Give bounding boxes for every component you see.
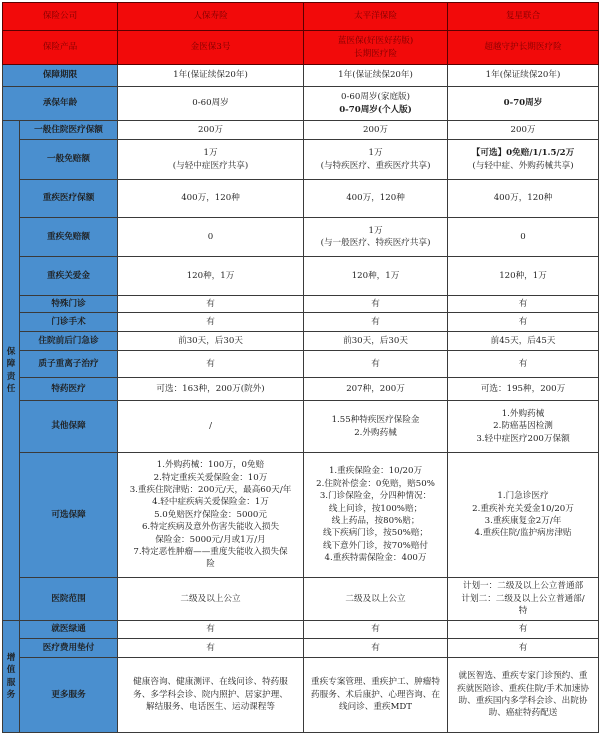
row-label: 门诊手术 — [20, 313, 118, 332]
cell: 有 — [448, 351, 599, 378]
cell: 1.重疾保险金：10/20万 2.住院补偿金：0免赔，赔50% 3.门诊保险金，… — [304, 453, 448, 578]
cell: 前30天，后30天 — [118, 332, 304, 351]
company-row: 保险公司 人保寿险 太平洋保险 复星联合 — [3, 3, 599, 31]
table-row: 重疾关爱金 120种，1万 120种，1万 120种，1万 — [3, 257, 599, 296]
table-row: 特药医疗 可选：163种，200万(院外) 207种，200万 可选：195种，… — [3, 378, 599, 401]
cell: 有 — [118, 639, 304, 658]
row-label: 一般免赔额 — [20, 140, 118, 180]
cell: 200万 — [118, 121, 304, 140]
company-name: 太平洋保险 — [304, 3, 448, 31]
cell: 有 — [304, 296, 448, 313]
cell: 有 — [448, 313, 599, 332]
cell: 0 — [448, 218, 599, 257]
cell: 200万 — [448, 121, 599, 140]
row-label: 就医绿通 — [20, 621, 118, 639]
cell: 可选：163种，200万(院外) — [118, 378, 304, 401]
product-name: 金医保3号 — [118, 31, 304, 65]
cell: 有 — [448, 621, 599, 639]
cell: 0-70周岁 — [448, 87, 599, 121]
cell: 1年(保证续保20年) — [118, 65, 304, 87]
cell: 1年(保证续保20年) — [448, 65, 599, 87]
row-label: 可选保障 — [20, 453, 118, 578]
cell: 1.外购药械2.防癌基因检测3.轻中症医疗200万保额 — [448, 401, 599, 453]
row-label: 更多服务 — [20, 658, 118, 733]
cell: 重疾专案管理、重疾护工、肿瘤特 药服务、术后康护、心理咨询、在 线问诊、重疾MD… — [304, 658, 448, 733]
cell: 前30天，后30天 — [304, 332, 448, 351]
cell: 健康咨询、健康测评、在线问诊、特药服 务、多学科会诊、院内照护、居家护理、 解结… — [118, 658, 304, 733]
cell: 1万(与一般医疗、特疾医疗共享) — [304, 218, 448, 257]
product-label: 保险产品 — [3, 31, 118, 65]
group-label-coverage: 保 障 责 任 — [3, 121, 20, 621]
cell: 0 — [118, 218, 304, 257]
table-row: 住院前后门急诊 前30天，后30天 前30天，后30天 前45天，后45天 — [3, 332, 599, 351]
cell: 有 — [304, 313, 448, 332]
cell: / — [118, 401, 304, 453]
cell: 400万，120种 — [304, 180, 448, 218]
cell: 【可选】0免赔/1/1.5/2万(与轻中症、外购药械共享) — [448, 140, 599, 180]
cell: 二级及以上公立 — [304, 578, 448, 621]
table-row: 医疗费用垫付 有 有 有 — [3, 639, 599, 658]
cell: 400万，120种 — [448, 180, 599, 218]
table-row: 质子重离子治疗 有 有 有 — [3, 351, 599, 378]
cell: 0-60周岁 — [118, 87, 304, 121]
table-row: 一般免赔额 1万(与轻中症医疗共享) 1万(与特疾医疗、重疾医疗共享) 【可选】… — [3, 140, 599, 180]
company-label: 保险公司 — [3, 3, 118, 31]
table-row-age: 承保年龄 0-60周岁 0-60周岁(家庭版)0-70周岁(个人版) 0-70周… — [3, 87, 599, 121]
row-label: 医院范围 — [20, 578, 118, 621]
group-label-services: 增 值 服 务 — [3, 621, 20, 733]
row-label: 一般住院医疗保额 — [20, 121, 118, 140]
cell: 120种，1万 — [118, 257, 304, 296]
cell: 有 — [118, 313, 304, 332]
cell: 1.外购药械：100万，0免赔 2.特定重疾关爱保险金：10万 3.重疾住院津贴… — [118, 453, 304, 578]
cell: 1万(与特疾医疗、重疾医疗共享) — [304, 140, 448, 180]
cell: 计划一：二级及以上公立普通部计划二：二级及以上公立普通部/特 — [448, 578, 599, 621]
row-label: 质子重离子治疗 — [20, 351, 118, 378]
table-row: 重疾免赔额 0 1万(与一般医疗、特疾医疗共享) 0 — [3, 218, 599, 257]
row-label: 特药医疗 — [20, 378, 118, 401]
table-row: 增 值 服 务 就医绿通 有 有 有 — [3, 621, 599, 639]
cell: 1年(保证续保20年) — [304, 65, 448, 87]
row-label: 重疾免赔额 — [20, 218, 118, 257]
cell: 1.55种特疾医疗保险金2.外购药械 — [304, 401, 448, 453]
cell: 有 — [118, 296, 304, 313]
table-row: 门诊手术 有 有 有 — [3, 313, 599, 332]
row-label: 承保年龄 — [3, 87, 118, 121]
table-row: 重疾医疗保额 400万，120种 400万，120种 400万，120种 — [3, 180, 599, 218]
table-row: 保 障 责 任 一般住院医疗保额 200万 200万 200万 — [3, 121, 599, 140]
row-label: 住院前后门急诊 — [20, 332, 118, 351]
company-name: 人保寿险 — [118, 3, 304, 31]
cell: 可选：195种，200万 — [448, 378, 599, 401]
cell: 有 — [304, 639, 448, 658]
product-row: 保险产品 金医保3号 蓝医保(好医好药版)长期医疗险 超越守护长期医疗险 — [3, 31, 599, 65]
cell: 1.门急诊医疗 2.重疾补充关爱金10/20万 3.重疾康复金2万/年 4.重疾… — [448, 453, 599, 578]
table-row: 医院范围 二级及以上公立 二级及以上公立 计划一：二级及以上公立普通部计划二：二… — [3, 578, 599, 621]
table-row: 特殊门诊 有 有 有 — [3, 296, 599, 313]
table-row: 可选保障 1.外购药械：100万，0免赔 2.特定重疾关爱保险金：10万 3.重… — [3, 453, 599, 578]
cell: 有 — [118, 351, 304, 378]
table-row: 更多服务 健康咨询、健康测评、在线问诊、特药服 务、多学科会诊、院内照护、居家护… — [3, 658, 599, 733]
cell: 有 — [448, 296, 599, 313]
cell: 前45天，后45天 — [448, 332, 599, 351]
cell: 1万(与轻中症医疗共享) — [118, 140, 304, 180]
product-name: 超越守护长期医疗险 — [448, 31, 599, 65]
row-label: 重疾关爱金 — [20, 257, 118, 296]
row-label: 其他保障 — [20, 401, 118, 453]
cell: 有 — [304, 351, 448, 378]
cell: 二级及以上公立 — [118, 578, 304, 621]
cell: 200万 — [304, 121, 448, 140]
cell: 有 — [118, 621, 304, 639]
product-name: 蓝医保(好医好药版)长期医疗险 — [304, 31, 448, 65]
cell: 120种，1万 — [304, 257, 448, 296]
cell: 0-60周岁(家庭版)0-70周岁(个人版) — [304, 87, 448, 121]
cell: 120种，1万 — [448, 257, 599, 296]
table-row-term: 保障期限 1年(保证续保20年) 1年(保证续保20年) 1年(保证续保20年) — [3, 65, 599, 87]
insurance-comparison-table: 保险公司 人保寿险 太平洋保险 复星联合 保险产品 金医保3号 蓝医保(好医好药… — [2, 2, 599, 733]
row-label: 特殊门诊 — [20, 296, 118, 313]
company-name: 复星联合 — [448, 3, 599, 31]
cell: 有 — [448, 639, 599, 658]
table-row: 其他保障 / 1.55种特疾医疗保险金2.外购药械 1.外购药械2.防癌基因检测… — [3, 401, 599, 453]
row-label: 医疗费用垫付 — [20, 639, 118, 658]
cell: 就医智选、重疾专家门诊预约、重 疾就医陪诊、重疾住院/手术加速协 助、重疾国内多… — [448, 658, 599, 733]
cell: 400万，120种 — [118, 180, 304, 218]
cell: 有 — [304, 621, 448, 639]
row-label: 保障期限 — [3, 65, 118, 87]
cell: 207种，200万 — [304, 378, 448, 401]
row-label: 重疾医疗保额 — [20, 180, 118, 218]
